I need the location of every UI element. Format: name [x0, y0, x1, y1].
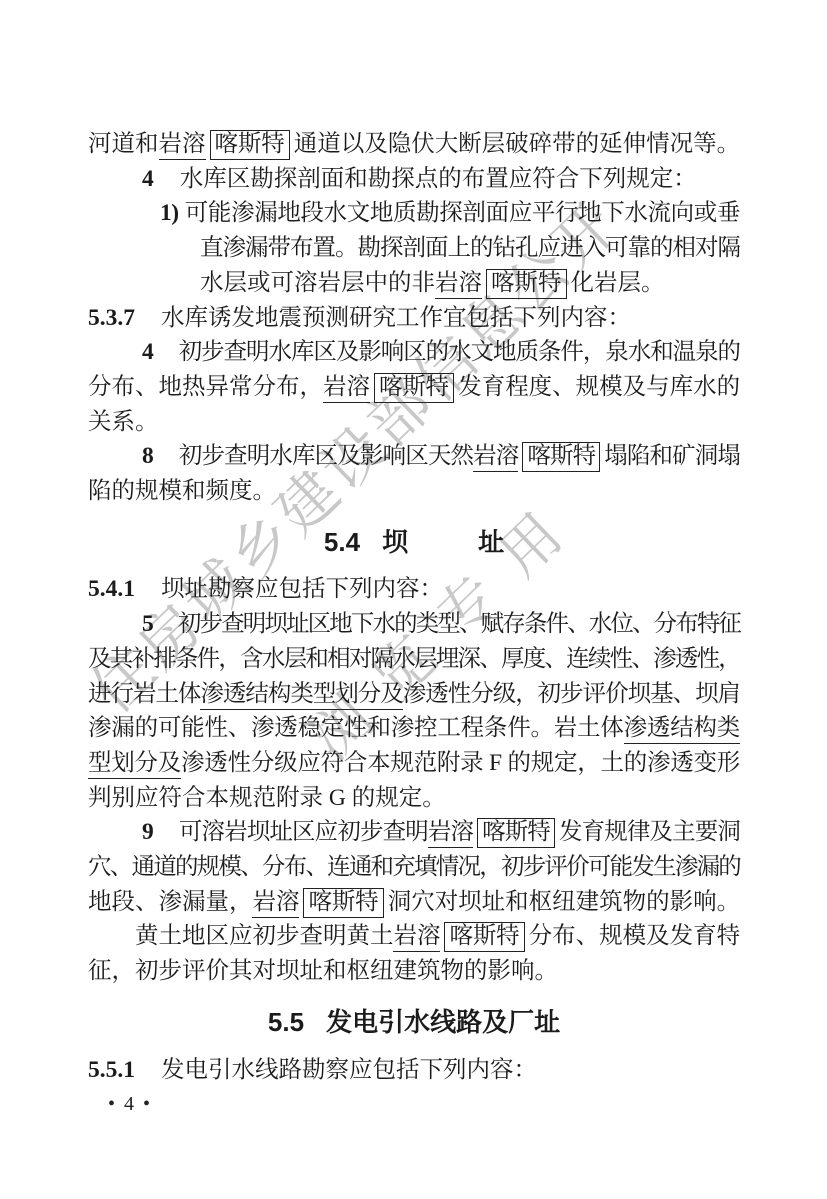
text-line: 黄土地区应初步查明黄土岩溶喀斯特分布、规模及发育特	[88, 919, 740, 954]
text-run: 黄土地区应初步查明黄土	[135, 923, 393, 949]
text-line: 关系。	[88, 405, 740, 440]
text-run: 坝址勘察应包括下列内容：	[161, 576, 443, 602]
heading-text: 坝	[382, 527, 408, 557]
text-line: 型划分及渗透性分级应符合本规范附录 F 的规定，土的渗透变形	[88, 746, 740, 781]
text-line: 5初步查明坝址区地下水的类型、赋存条件、水位、分布特征	[88, 607, 740, 642]
text-line: 4初步查明水库区及影响区的水文地质条件，泉水和温泉的	[88, 335, 740, 370]
text-line: 河道和岩溶喀斯特通道以及隐伏大断层破碎带的延伸情况等。	[88, 127, 740, 162]
item-number: 1)	[160, 200, 179, 226]
underlined-term: 渗透结构类	[624, 715, 740, 744]
text-line: 4水库区勘探剖面和勘探点的布置应符合下列规定：	[88, 162, 740, 197]
boxed-term: 喀斯特	[210, 130, 290, 160]
document-content: 河道和岩溶喀斯特通道以及隐伏大断层破碎带的延伸情况等。4水库区勘探剖面和勘探点的…	[88, 0, 740, 1122]
text-line: 渗漏的可能性、渗透稳定性和渗控工程条件。岩土体渗透结构类	[88, 711, 740, 746]
text-run: 分布、规模及发育特	[529, 923, 740, 949]
text-run: 直渗漏带布置。勘探剖面上的钻孔应进入可靠的相对隔	[200, 235, 740, 261]
boxed-term: 喀斯特	[374, 373, 454, 403]
item-number: 9	[142, 819, 153, 845]
heading-line: 5.5发电引水线路及厂址	[88, 1005, 740, 1040]
text-run: 水层或可溶岩层中的非	[200, 270, 435, 296]
text-run: 初步查明水库区及影响区的水文地质条件，泉水和温泉的	[179, 339, 740, 365]
text-run: 塌陷和矿洞塌	[604, 443, 740, 469]
boxed-term: 喀斯特	[486, 269, 567, 299]
text-line: 及其补排条件，含水层和相对隔水层埋深、厚度、连续性、渗透性，	[88, 642, 740, 677]
text-run: 地段、渗漏量，	[88, 889, 252, 915]
item-number: 4	[142, 339, 153, 365]
text-line: 判别应符合本规范附录 G 的规定。	[88, 781, 740, 816]
text-line: 1)可能渗漏地段水文地质勘探剖面应平行地下水流向或垂	[88, 196, 740, 231]
underlined-term: 型划分及	[88, 750, 181, 779]
heading-text: 发电引水线路及厂址	[326, 1007, 560, 1037]
heading-line: 5.4坝址	[88, 525, 740, 560]
text-run: 渗透性分级应符合本规范附录 F 的规定，土的渗透变形	[181, 750, 740, 776]
heading-text: 址	[478, 527, 504, 557]
text-run: 发育规律及主要洞	[559, 819, 740, 845]
text-run: 征，初步评价其对坝址和枢纽建筑物的影响。	[88, 958, 558, 984]
text-run: 可能渗漏地段水文地质勘探剖面应平行地下水流向或垂	[185, 200, 740, 226]
text-run: 判别应符合本规范附录 G 的规定。	[88, 785, 446, 811]
text-line: 陷的规模和频度。	[88, 474, 740, 509]
text-line: 5.5.1发电引水线路勘察应包括下列内容：	[88, 1053, 740, 1088]
text-run: 穴、通道的规模、分布、连通和充填情况，初步评价可能发生渗漏的	[88, 854, 740, 880]
text-run: 通道以及隐伏大断层破碎带的延伸情况等。	[294, 131, 740, 157]
text-line: 征，初步评价其对坝址和枢纽建筑物的影响。	[88, 954, 740, 989]
text-line: 5.4.1坝址勘察应包括下列内容：	[88, 572, 740, 607]
page-container: 住房城乡建设部信息公开 浏览专用 河道和岩溶喀斯特通道以及隐伏大断层破碎带的延伸…	[0, 0, 827, 1199]
underlined-term: 岩溶	[323, 374, 370, 403]
item-number: 5.5.1	[88, 1057, 135, 1083]
boxed-term: 喀斯特	[522, 442, 600, 472]
text-line: 9可溶岩坝址区应初步查明岩溶喀斯特发育规律及主要洞	[88, 815, 740, 850]
text-line: 水层或可溶岩层中的非岩溶喀斯特化岩层。	[88, 266, 740, 301]
boxed-term: 喀斯特	[303, 888, 383, 918]
text-line: 穴、通道的规模、分布、连通和充填情况，初步评价可能发生渗漏的	[88, 850, 740, 885]
text-run: 渗漏的可能性、渗透稳定性和渗控工程条件。岩土体	[88, 715, 624, 741]
underlined-term: 岩溶	[393, 923, 440, 952]
text-run: 河道和	[88, 131, 159, 157]
text-run: 及其补排条件，含水层和相对隔水层埋深、厚度、连续性、渗透性，	[88, 646, 740, 672]
text-run: 发电引水线路勘察应包括下列内容：	[161, 1057, 537, 1083]
underlined-term: 岩溶	[428, 819, 473, 848]
boxed-term: 喀斯特	[477, 818, 555, 848]
text-run: 化岩层。	[571, 270, 665, 296]
page-number: • 4 •	[88, 1087, 740, 1122]
text-run: 初步查明坝址区地下水的类型、赋存条件、水位、分布特征	[178, 611, 740, 637]
text-run: 关系。	[88, 409, 159, 435]
text-line: 地段、渗漏量，岩溶喀斯特洞穴对坝址和枢纽建筑物的影响。	[88, 885, 740, 920]
text-run: 进行岩土体	[88, 681, 200, 707]
text-run: 分布、地热异常分布，	[88, 374, 323, 400]
text-run: 水库区勘探剖面和勘探点的布置应符合下列规定：	[180, 166, 697, 192]
text-run: 可溶岩坝址区应初步查明	[179, 819, 428, 845]
text-line: 5.3.7水库诱发地震预测研究工作宜包括下列内容：	[88, 301, 740, 336]
text-run: 陷的规模和频度。	[88, 478, 276, 504]
text-line: 进行岩土体渗透结构类型划分及渗透性分级，初步评价坝基、坝肩	[88, 677, 740, 712]
underlined-term: 岩溶	[159, 131, 206, 160]
text-line: 直渗漏带布置。勘探剖面上的钻孔应进入可靠的相对隔	[88, 231, 740, 266]
boxed-term: 喀斯特	[444, 922, 524, 952]
text-run: 初步查明水库区及影响区天然	[179, 443, 473, 469]
text-run: 洞穴对坝址和枢纽建筑物的影响。	[388, 889, 740, 915]
underlined-term: 岩溶	[435, 270, 482, 299]
underlined-term: 岩溶	[473, 443, 518, 472]
text-run: 发育程度、规模及与库水的	[458, 374, 740, 400]
text-run: 渗透性分级，初步评价坝基、坝肩	[403, 681, 740, 707]
item-number: 5	[142, 611, 152, 637]
text-run: 水库诱发地震预测研究工作宜包括下列内容：	[161, 305, 631, 331]
item-number: 5.4.1	[88, 576, 135, 602]
item-number: 8	[142, 443, 153, 469]
item-number: 4	[142, 166, 154, 192]
underlined-term: 岩溶	[252, 889, 299, 918]
heading-number: 5.5	[268, 1007, 304, 1037]
heading-number: 5.4	[324, 527, 360, 557]
item-number: 5.3.7	[88, 305, 135, 331]
text-line: 8初步查明水库区及影响区天然岩溶喀斯特塌陷和矿洞塌	[88, 439, 740, 474]
text-line: 分布、地热异常分布，岩溶喀斯特发育程度、规模及与库水的	[88, 370, 740, 405]
underlined-term: 渗透结构类型划分及	[200, 681, 402, 710]
